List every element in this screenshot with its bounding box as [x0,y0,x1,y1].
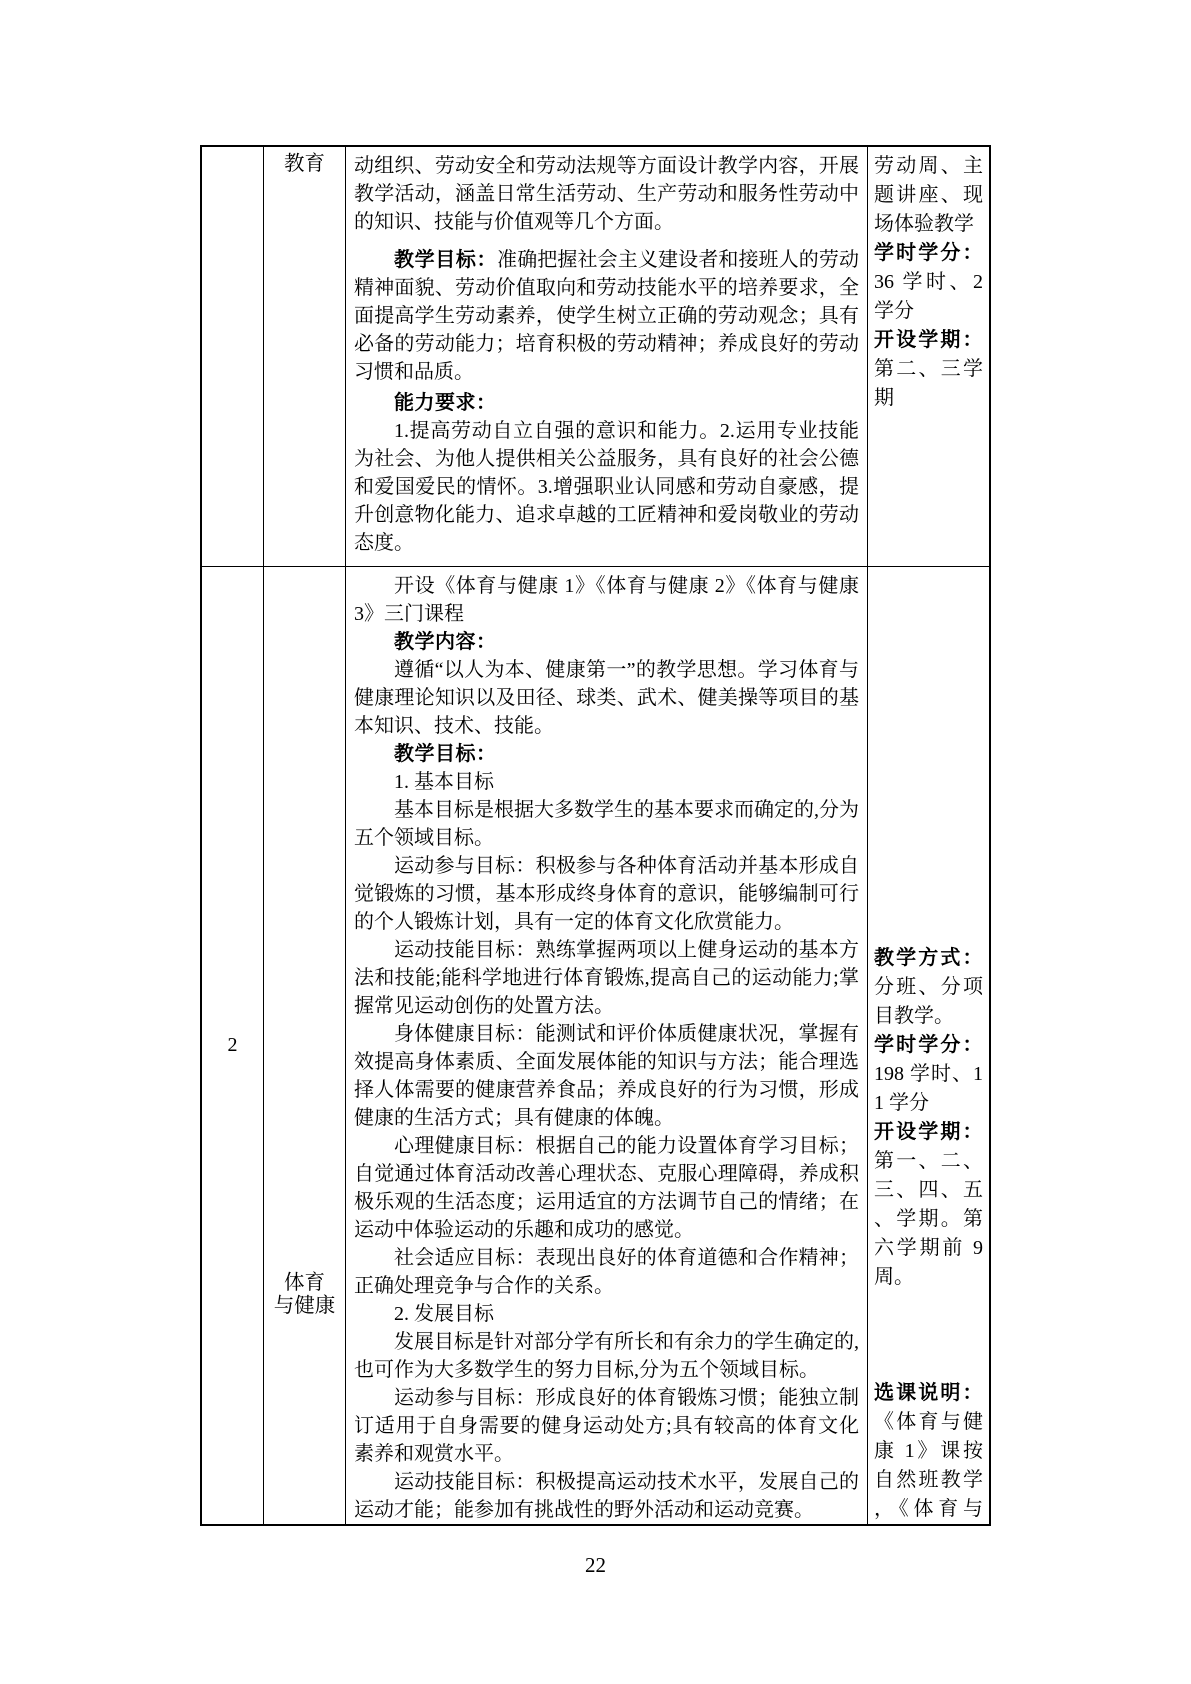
content-paragraph: 教学内容： [354,628,859,656]
info-paragraph: 开设学期：第二、三学期 [874,326,983,413]
info-paragraph: 学时学分：36 学时、2 学分 [874,239,983,326]
cell-row2-index: 2 [202,567,264,1524]
cell-row2-course: 体育 与健康 [264,567,346,1524]
cell-row1-index [202,147,264,567]
cell-row1-content: 动组织、劳动安全和劳动法规等方面设计教学内容，开展教学活动，涵盖日常生活劳动、生… [346,147,868,567]
info-paragraph: 劳动周、主题讲座、现场体验教学 [874,152,983,239]
cell-row2-content: 开设《体育与健康 1》《体育与健康 2》《体育与健康 3》三门课程 教学内容： … [346,567,868,1524]
info-paragraph: 教学方式：分班、分项目教学。 [874,944,983,1031]
info-paragraph: 学时学分：198 学时、11 学分 [874,1031,983,1118]
content-paragraph: 运动技能目标：积极提高运动技术水平，发展自己的运动才能；能参加有挑战性的野外活动… [354,1468,859,1524]
content-paragraph: 运动参与目标：形成良好的体育锻炼习惯；能独立制订适用于自身需要的健身运动处方;具… [354,1384,859,1468]
content-paragraph: 社会适应目标：表现出良好的体育道德和合作精神；正确处理竞争与合作的关系。 [354,1244,859,1300]
content-paragraph: 教学目标： [354,740,859,768]
content-paragraph: 开设《体育与健康 1》《体育与健康 2》《体育与健康 3》三门课程 [354,572,859,628]
row1-course-name: 教育 [284,153,325,175]
row2-course-name-line1: 体育 [264,1272,345,1295]
content-paragraph: 发展目标是针对部分学有所长和有余力的学生确定的,也可作为大多数学生的努力目标,分… [354,1328,859,1384]
content-paragraph: 身体健康目标：能测试和评价体质健康状况，掌握有效提高身体素质、全面发展体能的知识… [354,1020,859,1132]
content-paragraph: 遵循“以人为本、健康第一”的教学思想。学习体育与健康理论知识以及田径、球类、武术… [354,656,859,740]
info-paragraph: 选课说明：《体育与健康 1》课按自然班教学，《体育与健 [874,1379,983,1524]
cell-row2-info: 教学方式：分班、分项目教学。 学时学分：198 学时、11 学分 开设学期：第一… [868,567,989,1524]
content-paragraph: 动组织、劳动安全和劳动法规等方面设计教学内容，开展教学活动，涵盖日常生活劳动、生… [354,152,859,236]
info-paragraph: 开设学期：第一、二、三、四、五、学期。第六学期前 9 周。 [874,1118,983,1292]
cell-row1-info: 劳动周、主题讲座、现场体验教学 学时学分：36 学时、2 学分 开设学期：第二、… [868,147,989,567]
cell-row1-course: 教育 [264,147,346,567]
content-paragraph: 基本目标是根据大多数学生的基本要求而确定的,分为五个领域目标。 [354,796,859,852]
page-number: 22 [0,1553,1191,1578]
content-paragraph: 能力要求： [354,389,859,417]
content-paragraph: 运动技能目标：熟练掌握两项以上健身运动的基本方法和技能;能科学地进行体育锻炼,提… [354,936,859,1020]
content-paragraph: 2. 发展目标 [354,1300,859,1328]
row2-course-name-line2: 与健康 [264,1295,345,1318]
row2-index-value: 2 [228,1034,238,1057]
content-paragraph: 1. 基本目标 [354,768,859,796]
content-paragraph: 1.提高劳动自立自强的意识和能力。2.运用专业技能为社会、为他人提供相关公益服务… [354,417,859,557]
content-paragraph: 教学目标：准确把握社会主义建设者和接班人的劳动精神面貌、劳动价值取向和劳动技能水… [354,246,859,386]
curriculum-table: 教育 动组织、劳动安全和劳动法规等方面设计教学内容，开展教学活动，涵盖日常生活劳… [200,145,991,1526]
content-paragraph: 心理健康目标：根据自己的能力设置体育学习目标；自觉通过体育活动改善心理状态、克服… [354,1132,859,1244]
content-paragraph: 运动参与目标：积极参与各种体育活动并基本形成自觉锻炼的习惯，基本形成终身体育的意… [354,852,859,936]
